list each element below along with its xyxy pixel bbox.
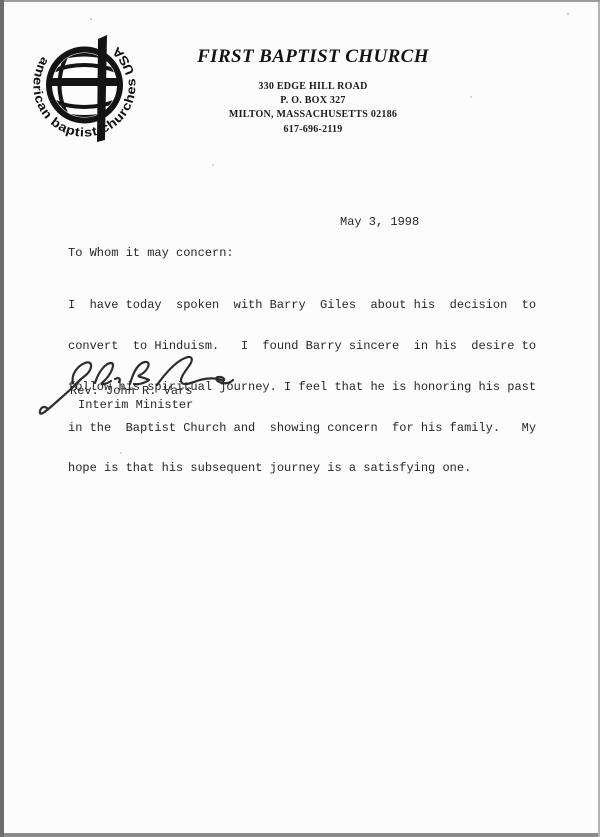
- sender-name: Rev. John R. Vars: [70, 384, 192, 398]
- scan-speck: [470, 96, 472, 98]
- scanned-letter-page: american baptist churches USA FIRST BAPT…: [0, 0, 600, 837]
- address-line-city: MILTON, MASSACHUSETTS 02186: [26, 108, 600, 122]
- date-line: May 3, 1998: [340, 215, 419, 229]
- scan-speck: [567, 13, 569, 15]
- sender-title: Interim Minister: [78, 398, 193, 412]
- address-block: 330 EDGE HILL ROAD P. O. BOX 327 MILTON,…: [26, 80, 600, 137]
- body-line: hope is that his subsequent journey is a…: [68, 462, 536, 476]
- salutation: To Whom it may concern:: [68, 246, 234, 260]
- scan-speck: [120, 452, 122, 454]
- church-name: FIRST BAPTIST CHURCH: [26, 46, 600, 68]
- address-line-phone: 617-696-2119: [26, 123, 600, 137]
- body-line: I have today spoken with Barry Giles abo…: [68, 299, 536, 313]
- scan-speck: [212, 164, 214, 166]
- address-line-street: 330 EDGE HILL ROAD: [26, 80, 600, 94]
- scan-speck: [90, 18, 92, 20]
- address-line-pobox: P. O. BOX 327: [26, 94, 600, 108]
